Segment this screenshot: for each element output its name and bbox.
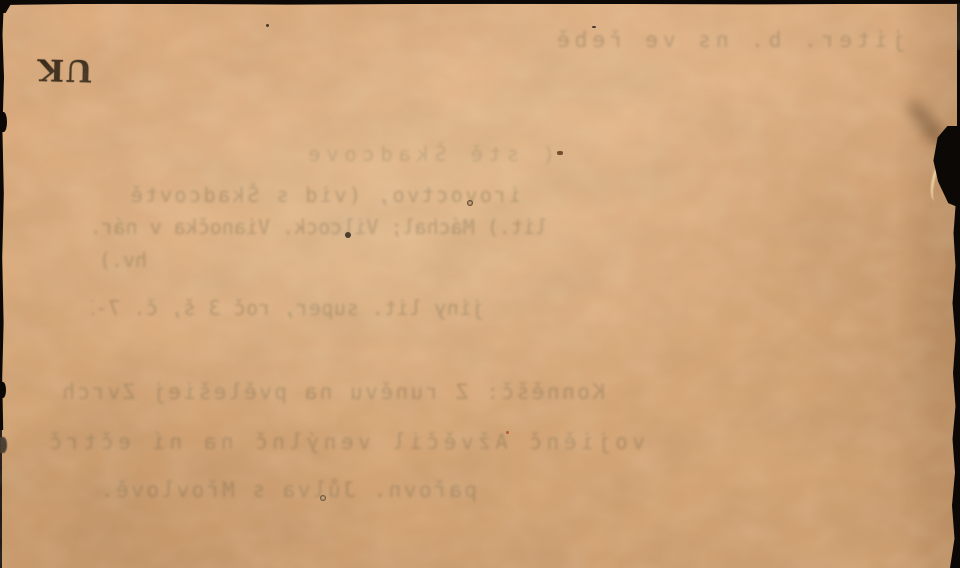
ghost-text-line: hv.) <box>92 248 147 272</box>
ink-speck <box>557 151 563 155</box>
ghost-text-line: jiny lit. super, roč 3 š, č. 7-3 / <box>92 296 484 320</box>
scan-edge-left-bump <box>0 112 7 132</box>
ghost-text-line: vojiěnč Ažvěčil venýlnč na ní ečtrče <box>50 430 645 454</box>
ghost-text-line: Konněšč: Z runěvu na pvělešiej Zvrchu <box>60 380 605 404</box>
scan-edge-left-bump <box>0 382 6 398</box>
ink-speck <box>266 24 269 27</box>
ghost-text-line: jiter. b. ns ve řebě <box>543 28 905 52</box>
ink-speck <box>345 232 351 238</box>
ghost-text-line: irovoctvo, (vid s Škadcovtě <box>126 183 521 207</box>
ghost-text-line: lit.) Máchal; Vilcock. Vianočka v nár. <box>92 215 547 239</box>
uk-library-stamp: UK <box>36 51 93 87</box>
ink-speck <box>320 495 326 501</box>
ink-speck <box>467 200 473 206</box>
ghost-text-line: ( stě Škadcove <box>255 142 555 166</box>
edge-mark <box>0 437 7 453</box>
ink-speck <box>506 431 509 434</box>
scanned-card: jiter. b. ns ve řebě ( stě Škadcove irov… <box>0 0 960 568</box>
right-tone-shading <box>895 4 957 568</box>
ghost-text-line: pařovn. Jůlva s Mřovlově. <box>85 478 477 502</box>
ink-speck <box>592 26 596 28</box>
